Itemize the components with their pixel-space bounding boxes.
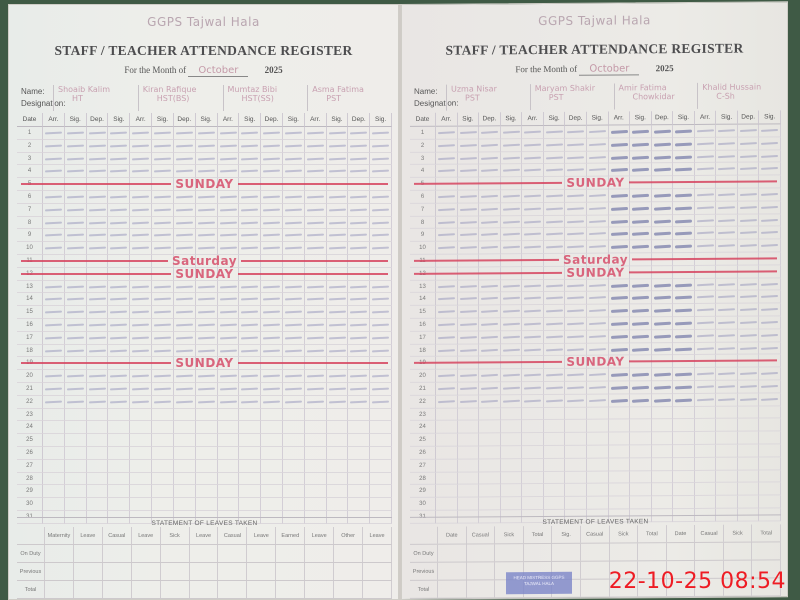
- attendance-cell: [565, 318, 587, 331]
- attendance-cell: [218, 370, 240, 383]
- attendance-cell: [261, 127, 283, 140]
- attendance-cell: [152, 396, 174, 409]
- attendance-cell: [479, 459, 501, 472]
- attendance-cell: [65, 473, 87, 486]
- attendance-cell: [87, 473, 109, 486]
- attendance-cell: [130, 409, 152, 422]
- attendance-cell: [370, 306, 392, 319]
- attendance-cell: [239, 370, 261, 383]
- attendance-cell: [716, 381, 738, 394]
- attendance-cell: [630, 343, 652, 356]
- row-date: 7: [410, 204, 436, 217]
- attendance-cell: [261, 268, 283, 281]
- attendance-cell: [327, 268, 349, 281]
- attendance-cell: [695, 304, 717, 317]
- attendance-cell: [370, 165, 392, 178]
- attendance-cell: [152, 319, 174, 332]
- attendance-cell: [652, 330, 674, 343]
- attendance-cell: [65, 345, 87, 358]
- attendance-cell: [261, 178, 283, 191]
- attendance-cell: [261, 229, 283, 242]
- name-label: Name:: [21, 87, 45, 96]
- attendance-cell: [283, 178, 305, 191]
- attendance-cell: [630, 432, 652, 445]
- attendance-cell: [630, 458, 652, 471]
- leave-cell: [524, 544, 553, 561]
- attendance-cell: [501, 152, 523, 165]
- attendance-cell: [738, 470, 760, 483]
- attendance-cell: [695, 278, 717, 291]
- leave-header-cell: Casual: [581, 526, 610, 543]
- leave-cell: [190, 545, 219, 562]
- attendance-cell: [43, 204, 65, 217]
- attendance-cell: [152, 485, 174, 498]
- attendance-cell: [327, 370, 349, 383]
- attendance-cell: [458, 165, 480, 178]
- attendance-cell: [436, 357, 458, 370]
- attendance-cell: [196, 345, 218, 358]
- attendance-cell: [283, 460, 305, 473]
- leave-cell: [247, 581, 276, 598]
- attendance-grid: DateArr.Sig.Dep.Sig.Arr.Sig.Dep.Sig.Arr.…: [17, 113, 392, 513]
- attendance-cell: [587, 433, 609, 446]
- attendance-cell: [305, 332, 327, 345]
- attendance-cell: [305, 178, 327, 191]
- attendance-cell: [436, 434, 458, 447]
- attendance-cell: [108, 370, 130, 383]
- leave-header-cell: Total: [524, 526, 553, 543]
- name-label: Name:: [414, 87, 438, 96]
- leave-cell: [161, 563, 190, 580]
- attendance-cell: [652, 240, 674, 253]
- row-date: 9: [17, 229, 43, 242]
- leave-cell: [467, 562, 496, 579]
- leave-header-cell: Leave: [74, 527, 103, 544]
- attendance-cell: [108, 255, 130, 268]
- attendance-cell: [283, 421, 305, 434]
- attendance-cell: [196, 460, 218, 473]
- leave-cell: [610, 543, 639, 560]
- row-date: 6: [17, 191, 43, 204]
- attendance-cell: [544, 459, 566, 472]
- attendance-cell: [152, 191, 174, 204]
- attendance-cell: [130, 332, 152, 345]
- attendance-cell: [565, 356, 587, 369]
- attendance-cell: [152, 293, 174, 306]
- attendance-cell: [65, 281, 87, 294]
- leave-cell: [103, 563, 132, 580]
- attendance-cell: [348, 498, 370, 511]
- attendance-cell: [174, 153, 196, 166]
- leave-header-cell: Sick: [495, 526, 524, 543]
- attendance-cell: [305, 153, 327, 166]
- attendance-cell: [652, 407, 674, 420]
- leave-header-cell: Other: [334, 527, 363, 544]
- attendance-cell: [239, 460, 261, 473]
- attendance-cell: [587, 330, 609, 343]
- attendance-cell: [695, 125, 717, 138]
- row-date: 9: [410, 229, 436, 242]
- attendance-cell: [479, 446, 501, 459]
- attendance-cell: [436, 139, 458, 152]
- attendance-cell: [652, 176, 674, 189]
- attendance-cell: [43, 332, 65, 345]
- attendance-cell: [218, 383, 240, 396]
- attendance-cell: [738, 393, 760, 406]
- attendance-cell: [43, 383, 65, 396]
- attendance-cell: [716, 201, 738, 214]
- attendance-cell: [43, 357, 65, 370]
- attendance-cell: [609, 317, 631, 330]
- leave-header-cell: Sick: [724, 525, 753, 542]
- attendance-cell: [436, 319, 458, 332]
- attendance-cell: [565, 228, 587, 241]
- attendance-cell: [544, 203, 566, 216]
- attendance-cell: [716, 483, 738, 496]
- staff-name: Mumtaz Bibi: [228, 85, 308, 94]
- attendance-cell: [174, 229, 196, 242]
- attendance-cell: [652, 253, 674, 266]
- row-date: 22: [17, 396, 43, 409]
- attendance-cell: [196, 383, 218, 396]
- row-date: 10: [17, 242, 43, 255]
- attendance-cell: [609, 151, 631, 164]
- row-date: 8: [17, 217, 43, 230]
- attendance-cell: [716, 189, 738, 202]
- attendance-cell: [673, 419, 695, 432]
- attendance-cell: [283, 498, 305, 511]
- row-date: 15: [410, 306, 436, 319]
- attendance-cell: [716, 317, 738, 330]
- attendance-cell: [43, 345, 65, 358]
- leave-header-cell: Total: [638, 525, 667, 542]
- attendance-cell: [652, 458, 674, 471]
- leave-row: Previous: [17, 563, 392, 581]
- attendance-cell: [609, 369, 631, 382]
- attendance-cell: [609, 420, 631, 433]
- school-name: GGPS Tajwal Hala: [402, 12, 787, 29]
- attendance-cell: [196, 153, 218, 166]
- row-date: 4: [410, 165, 436, 178]
- attendance-cell: [522, 216, 544, 229]
- attendance-cell: [261, 434, 283, 447]
- attendance-cell: [673, 381, 695, 394]
- attendance-cell: [759, 150, 781, 163]
- attendance-cell: [218, 191, 240, 204]
- attendance-cell: [305, 127, 327, 140]
- attendance-cell: [479, 382, 501, 395]
- attendance-cell: [87, 370, 109, 383]
- attendance-cell: [283, 165, 305, 178]
- leave-cell: [363, 563, 392, 580]
- attendance-cell: [305, 281, 327, 294]
- attendance-cell: [759, 495, 781, 508]
- attendance-cell: [196, 293, 218, 306]
- attendance-cell: [108, 421, 130, 434]
- column-header: Arr.: [218, 113, 240, 127]
- attendance-cell: [108, 281, 130, 294]
- attendance-cell: [283, 191, 305, 204]
- register-title: STAFF / TEACHER ATTENDANCE REGISTER: [402, 40, 787, 59]
- attendance-cell: [261, 306, 283, 319]
- attendance-cell: [327, 485, 349, 498]
- attendance-cell: [716, 214, 738, 227]
- attendance-cell: [130, 268, 152, 281]
- attendance-cell: [565, 254, 587, 267]
- leave-cell: [132, 563, 161, 580]
- attendance-cell: [130, 357, 152, 370]
- row-date: 29: [410, 485, 436, 498]
- attendance-cell: [348, 332, 370, 345]
- attendance-cell: [738, 188, 760, 201]
- row-date: 17: [17, 332, 43, 345]
- attendance-cell: [695, 176, 717, 189]
- attendance-cell: [738, 240, 760, 253]
- attendance-cell: [174, 293, 196, 306]
- leave-cell: [276, 581, 305, 598]
- leave-header-cell: Casual: [218, 527, 247, 544]
- attendance-cell: [239, 473, 261, 486]
- attendance-cell: [501, 305, 523, 318]
- attendance-cell: [673, 138, 695, 151]
- attendance-cell: [87, 229, 109, 242]
- attendance-cell: [283, 306, 305, 319]
- attendance-cell: [673, 432, 695, 445]
- attendance-cell: [695, 432, 717, 445]
- attendance-cell: [261, 370, 283, 383]
- attendance-cell: [630, 317, 652, 330]
- attendance-cell: [130, 306, 152, 319]
- attendance-cell: [108, 332, 130, 345]
- attendance-cell: [218, 281, 240, 294]
- attendance-cell: [174, 306, 196, 319]
- leave-header-cell: Casual: [467, 526, 496, 543]
- leave-header-cell: Leave: [363, 527, 392, 544]
- attendance-cell: [522, 459, 544, 472]
- attendance-cell: [501, 177, 523, 190]
- attendance-cell: [239, 345, 261, 358]
- attendance-cell: [587, 407, 609, 420]
- column-header: Sig.: [327, 113, 349, 127]
- attendance-cell: [370, 421, 392, 434]
- attendance-cell: [196, 473, 218, 486]
- attendance-cell: [458, 485, 480, 498]
- attendance-cell: [695, 150, 717, 163]
- row-date: 12: [17, 268, 43, 281]
- month-label: For the Month of: [124, 65, 186, 75]
- attendance-cell: [283, 255, 305, 268]
- attendance-cell: [479, 305, 501, 318]
- attendance-cell: [65, 140, 87, 153]
- attendance-cell: [283, 127, 305, 140]
- staff-designation: Chowkidar: [619, 92, 698, 102]
- attendance-cell: [436, 485, 458, 498]
- staff-designation: C-Sh: [702, 91, 781, 101]
- attendance-cell: [695, 227, 717, 240]
- attendance-cell: [152, 204, 174, 217]
- attendance-cell: [630, 215, 652, 228]
- attendance-cell: [108, 165, 130, 178]
- attendance-cell: [652, 189, 674, 202]
- attendance-cell: [609, 241, 631, 254]
- attendance-cell: [108, 357, 130, 370]
- attendance-cell: [436, 472, 458, 485]
- row-date: 30: [17, 498, 43, 511]
- attendance-cell: [239, 319, 261, 332]
- attendance-cell: [239, 229, 261, 242]
- leave-row-label: Total: [17, 581, 45, 598]
- attendance-cell: [370, 485, 392, 498]
- attendance-cell: [544, 177, 566, 190]
- attendance-cell: [522, 433, 544, 446]
- row-date: 11: [17, 255, 43, 268]
- attendance-cell: [87, 345, 109, 358]
- attendance-cell: [218, 255, 240, 268]
- attendance-cell: [479, 254, 501, 267]
- attendance-cell: [458, 395, 480, 408]
- attendance-cell: [87, 306, 109, 319]
- leave-header-cell: [17, 527, 45, 544]
- attendance-cell: [218, 217, 240, 230]
- attendance-cell: [695, 394, 717, 407]
- leave-header-cell: Date: [667, 525, 696, 542]
- leave-cell: [334, 545, 363, 562]
- attendance-cell: [544, 215, 566, 228]
- attendance-cell: [587, 292, 609, 305]
- attendance-cell: [587, 177, 609, 190]
- leave-cell: [276, 563, 305, 580]
- leave-header-cell: [410, 527, 438, 544]
- attendance-cell: [565, 433, 587, 446]
- column-header: Sig.: [716, 111, 738, 125]
- attendance-cell: [565, 484, 587, 497]
- attendance-cell: [587, 254, 609, 267]
- attendance-cell: [130, 178, 152, 191]
- attendance-cell: [479, 293, 501, 306]
- leave-row-label: Previous: [410, 563, 438, 580]
- attendance-cell: [652, 445, 674, 458]
- leave-row-label: On Duty: [410, 545, 438, 562]
- attendance-cell: [458, 434, 480, 447]
- attendance-cell: [738, 419, 760, 432]
- attendance-cell: [65, 485, 87, 498]
- attendance-cell: [239, 485, 261, 498]
- attendance-cell: [501, 408, 523, 421]
- attendance-cell: [609, 433, 631, 446]
- attendance-cell: [305, 485, 327, 498]
- attendance-cell: [196, 498, 218, 511]
- attendance-cell: [652, 291, 674, 304]
- leave-cell: [218, 563, 247, 580]
- attendance-cell: [348, 306, 370, 319]
- attendance-cell: [738, 380, 760, 393]
- attendance-cell: [544, 446, 566, 459]
- attendance-cell: [479, 190, 501, 203]
- attendance-cell: [327, 281, 349, 294]
- attendance-cell: [673, 496, 695, 509]
- attendance-cell: [695, 214, 717, 227]
- attendance-cell: [609, 381, 631, 394]
- attendance-cell: [609, 458, 631, 471]
- attendance-cell: [370, 370, 392, 383]
- attendance-cell: [43, 498, 65, 511]
- attendance-cell: [695, 368, 717, 381]
- row-date: 13: [410, 280, 436, 293]
- attendance-cell: [65, 357, 87, 370]
- attendance-cell: [239, 498, 261, 511]
- attendance-cell: [196, 421, 218, 434]
- leave-statement-title: STATEMENT OF LEAVES TAKEN: [17, 518, 392, 527]
- attendance-cell: [522, 177, 544, 190]
- attendance-cell: [436, 344, 458, 357]
- attendance-cell: [587, 190, 609, 203]
- attendance-cell: [436, 383, 458, 396]
- row-date: 21: [17, 383, 43, 396]
- attendance-cell: [348, 421, 370, 434]
- attendance-cell: [196, 485, 218, 498]
- attendance-cell: [544, 356, 566, 369]
- row-date: 20: [410, 370, 436, 383]
- row-date: 27: [410, 459, 436, 472]
- attendance-cell: [738, 304, 760, 317]
- attendance-cell: [673, 253, 695, 266]
- attendance-cell: [196, 357, 218, 370]
- row-date: 23: [17, 409, 43, 422]
- attendance-cell: [327, 447, 349, 460]
- attendance-cell: [152, 178, 174, 191]
- attendance-cell: [327, 204, 349, 217]
- attendance-cell: [174, 345, 196, 358]
- attendance-cell: [695, 240, 717, 253]
- attendance-cell: [87, 357, 109, 370]
- attendance-cell: [522, 292, 544, 305]
- attendance-cell: [738, 457, 760, 470]
- attendance-cell: [565, 446, 587, 459]
- column-header: Sig.: [108, 113, 130, 127]
- attendance-cell: [130, 281, 152, 294]
- attendance-cell: [108, 153, 130, 166]
- attendance-cell: [348, 281, 370, 294]
- attendance-cell: [261, 473, 283, 486]
- attendance-cell: [544, 369, 566, 382]
- attendance-cell: [673, 330, 695, 343]
- attendance-cell: [587, 381, 609, 394]
- attendance-cell: [587, 458, 609, 471]
- row-date: 20: [17, 370, 43, 383]
- attendance-cell: [544, 164, 566, 177]
- attendance-cell: [108, 242, 130, 255]
- attendance-cell: [130, 383, 152, 396]
- attendance-cell: [370, 255, 392, 268]
- attendance-cell: [673, 279, 695, 292]
- attendance-cell: [239, 293, 261, 306]
- attendance-cell: [348, 319, 370, 332]
- leave-header-cell: Leave: [305, 527, 334, 544]
- attendance-cell: [673, 470, 695, 483]
- attendance-cell: [544, 126, 566, 139]
- attendance-cell: [261, 204, 283, 217]
- attendance-cell: [305, 217, 327, 230]
- attendance-cell: [370, 332, 392, 345]
- attendance-cell: [695, 253, 717, 266]
- row-date: 6: [410, 191, 436, 204]
- attendance-cell: [130, 434, 152, 447]
- attendance-cell: [630, 445, 652, 458]
- attendance-cell: [436, 242, 458, 255]
- attendance-cell: [458, 370, 480, 383]
- leave-cell: [161, 581, 190, 598]
- attendance-cell: [544, 228, 566, 241]
